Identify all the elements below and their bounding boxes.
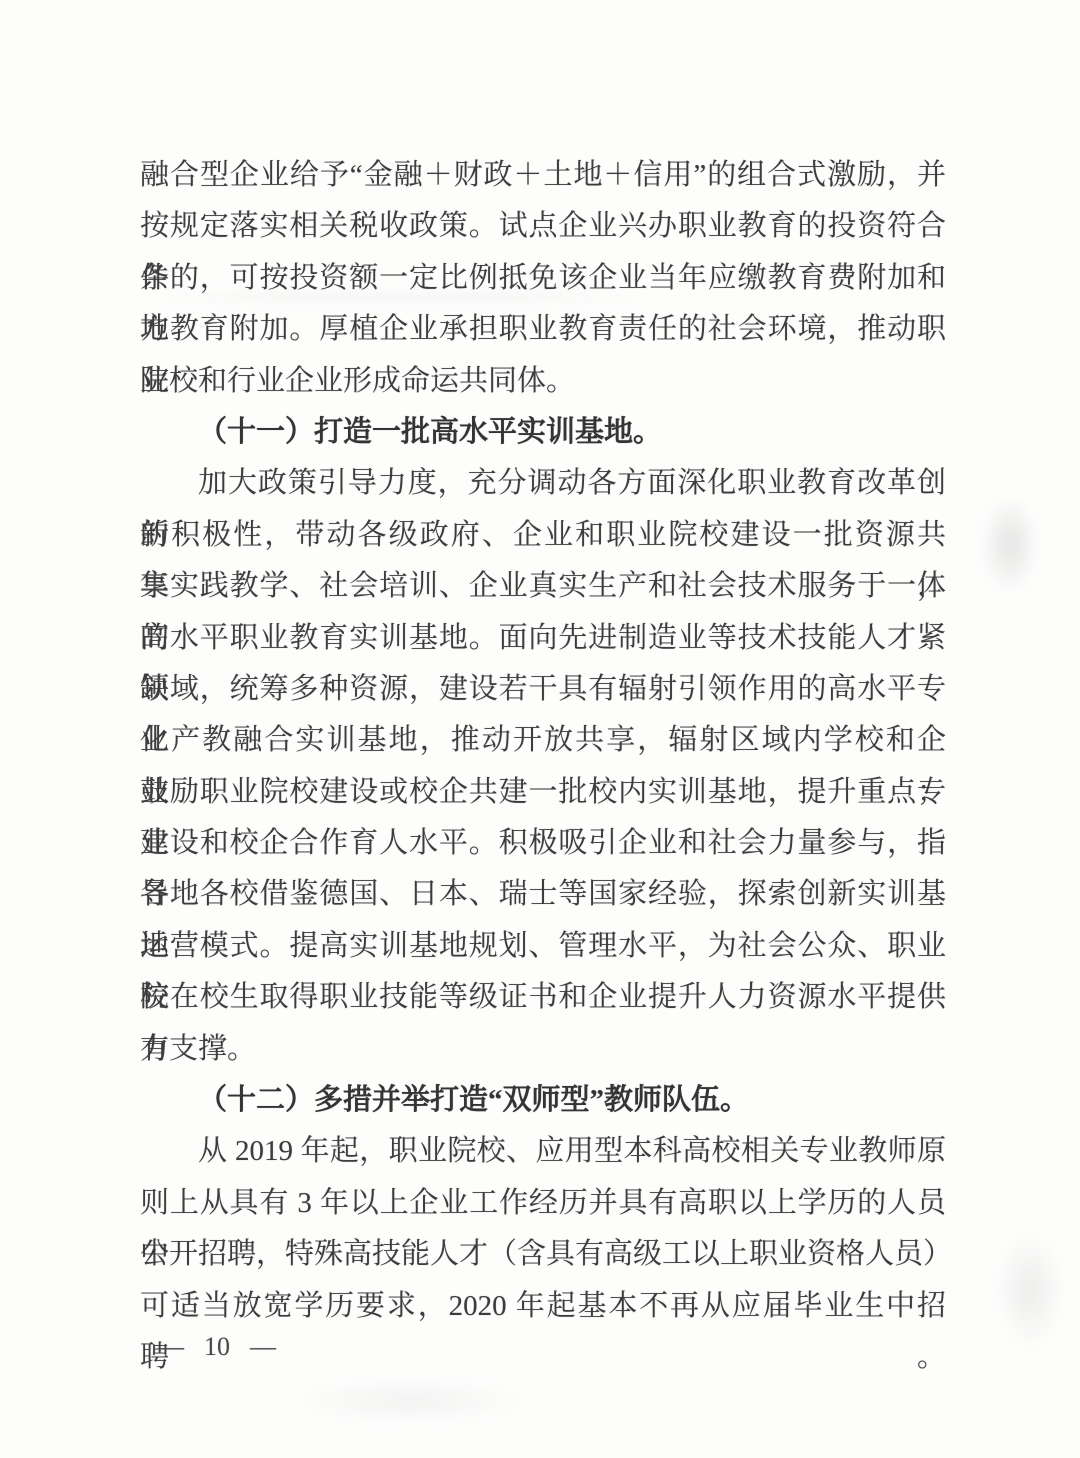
footer-dash-left: —: [158, 1330, 184, 1364]
document-body: 融合型企业给予“金融＋财政＋土地＋信用”的组合式激励，并按规定落实相关税收政策。…: [140, 150, 946, 1332]
text-line: 公开招聘，特殊高技能人才（含具有高级工以上职业资格人员）: [140, 1229, 946, 1280]
page-number: 10: [204, 1330, 230, 1364]
scan-smudge: [290, 1378, 530, 1424]
text-line: 的积极性，带动各级政府、企业和职业院校建设一批资源共享，: [140, 510, 946, 561]
text-line: 各地各校借鉴德国、日本、瑞士等国家经验，探索创新实训基地: [140, 869, 946, 920]
text-line: 领域，统筹多种资源，建设若干具有辐射引领作用的高水平专业: [140, 664, 946, 715]
text-line: 集实践教学、社会培训、企业真实生产和社会技术服务于一体的: [140, 561, 946, 612]
text-line: 化产教融合实训基地，推动开放共享，辐射区域内学校和企业；: [140, 715, 946, 766]
text-line: 从 2019 年起，职业院校、应用型本科高校相关专业教师原: [140, 1126, 946, 1177]
footer-dash-right: —: [250, 1330, 276, 1364]
text-line: 院校和行业企业形成命运共同体。: [140, 356, 946, 407]
text-line: 可适当放宽学历要求，2020 年起基本不再从应届毕业生中招聘。: [140, 1281, 946, 1332]
scan-smudge: [980, 495, 1040, 595]
text-line: 方教育附加。厚植企业承担职业教育责任的社会环境，推动职业: [140, 304, 946, 355]
text-line: 校在校生取得职业技能等级证书和企业提升人力资源水平提供有: [140, 972, 946, 1023]
section-heading: （十二）多措并举打造“双师型”教师队伍。: [140, 1075, 946, 1126]
text-line: 件的，可按投资额一定比例抵免该企业当年应缴教育费附加和地: [140, 253, 946, 304]
text-line: 则上从具有 3 年以上企业工作经历并具有高职以上学历的人员中: [140, 1178, 946, 1229]
text-line: 加大政策引导力度，充分调动各方面深化职业教育改革创新: [140, 458, 946, 509]
text-line: 高水平职业教育实训基地。面向先进制造业等技术技能人才紧缺: [140, 613, 946, 664]
text-line: 鼓励职业院校建设或校企共建一批校内实训基地，提升重点专业: [140, 767, 946, 818]
section-heading: （十一）打造一批高水平实训基地。: [140, 407, 946, 458]
text-line: 力支撑。: [140, 1024, 946, 1075]
document-page: 融合型企业给予“金融＋财政＋土地＋信用”的组合式激励，并按规定落实相关税收政策。…: [0, 0, 1080, 1458]
page-footer: — 10 —: [158, 1330, 276, 1364]
text-line: 融合型企业给予“金融＋财政＋土地＋信用”的组合式激励，并: [140, 150, 946, 201]
text-line: 运营模式。提高实训基地规划、管理水平，为社会公众、职业院: [140, 921, 946, 972]
scan-smudge: [995, 1230, 1065, 1350]
text-line: 建设和校企合作育人水平。积极吸引企业和社会力量参与，指导: [140, 818, 946, 869]
text-line: 按规定落实相关税收政策。试点企业兴办职业教育的投资符合条: [140, 201, 946, 252]
